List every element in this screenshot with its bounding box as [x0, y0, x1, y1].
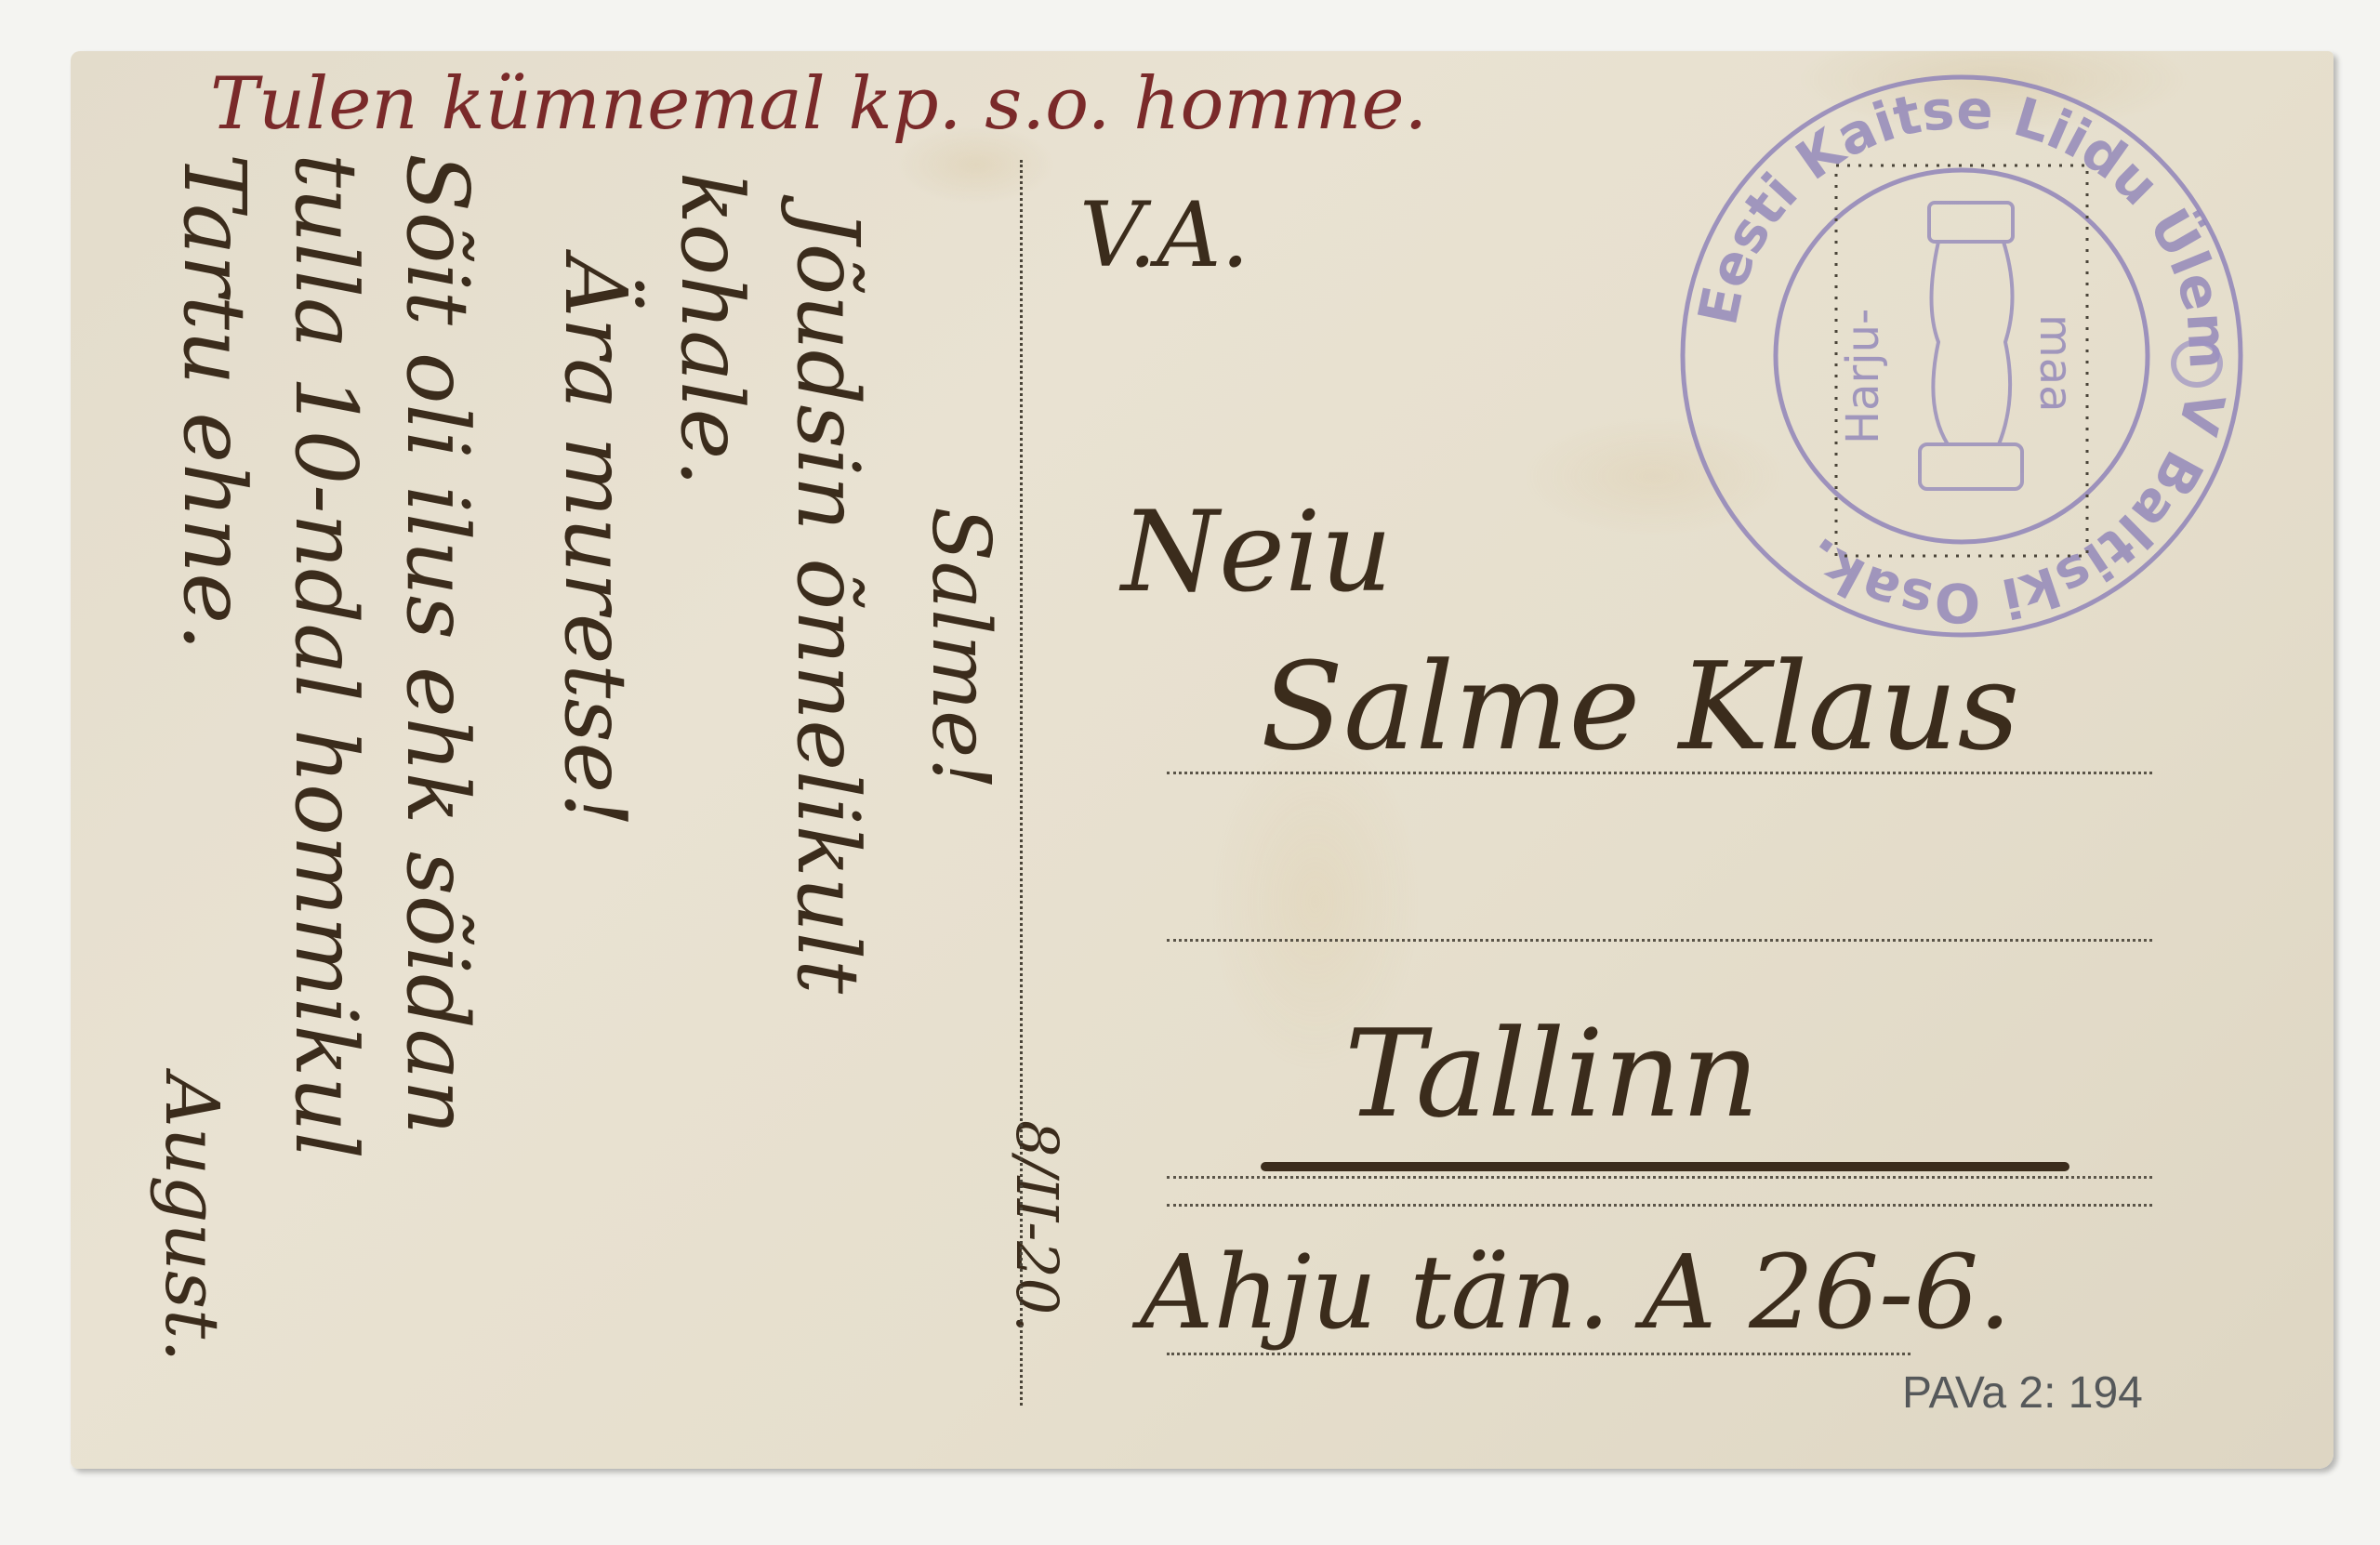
- svg-text:Eesti Kaitse Liidu Ülem V Balt: Eesti Kaitse Liidu Ülem V Baltiski Osak.: [1686, 77, 2241, 634]
- city-underline: [1261, 1162, 2069, 1171]
- stamp-center-text-2: maa: [2030, 314, 2082, 413]
- stamp-ornament-icon: [2171, 339, 2223, 388]
- stamp-outer-text: Eesti Kaitse Liidu Ülem V Baltiski Osak.: [1686, 77, 2241, 634]
- address-street: Ahju tän. A 26-6.: [1140, 1241, 2011, 1343]
- divider-line: [1020, 160, 1023, 1406]
- message-signature: August.: [154, 1074, 229, 1363]
- address-line-2: [1167, 939, 2152, 942]
- address-prefix: V.A.: [1079, 191, 1249, 280]
- address-line-1: [1167, 772, 2152, 774]
- address-city: Tallinn: [1344, 1013, 1759, 1134]
- address-name: Salme Klaus: [1261, 646, 2019, 767]
- message-line-1: Jõudsin õnnelikult: [785, 209, 870, 994]
- message-line-4: Sõit oli ilus ehk sõidan: [394, 153, 480, 1135]
- archive-number: PAVa 2: 194: [1902, 1371, 2143, 1416]
- top-note: Tulen kümnemal kp. s.o. homme.: [210, 68, 1427, 140]
- message-date: 8/II-20.: [1008, 1120, 1065, 1333]
- organization-stamp: Eesti Kaitse Liidu Ülem V Baltiski Osak.…: [1669, 63, 2254, 649]
- address-title: Neiu: [1121, 497, 1393, 609]
- message-line-5: tulla 10-ndal hommikul: [283, 153, 368, 1159]
- message-line-3: Ära muretse!: [552, 256, 638, 827]
- stamp-center-text-1: Harju-: [1837, 309, 1889, 444]
- message-line-2: kohale.: [668, 172, 754, 486]
- message-salutation: Salme!: [920, 507, 1000, 790]
- address-line-3: [1167, 1176, 2152, 1179]
- address-line-4: [1167, 1204, 2152, 1207]
- message-line-6: Tartu ehne.: [171, 153, 257, 651]
- address-line-5: [1167, 1353, 1911, 1355]
